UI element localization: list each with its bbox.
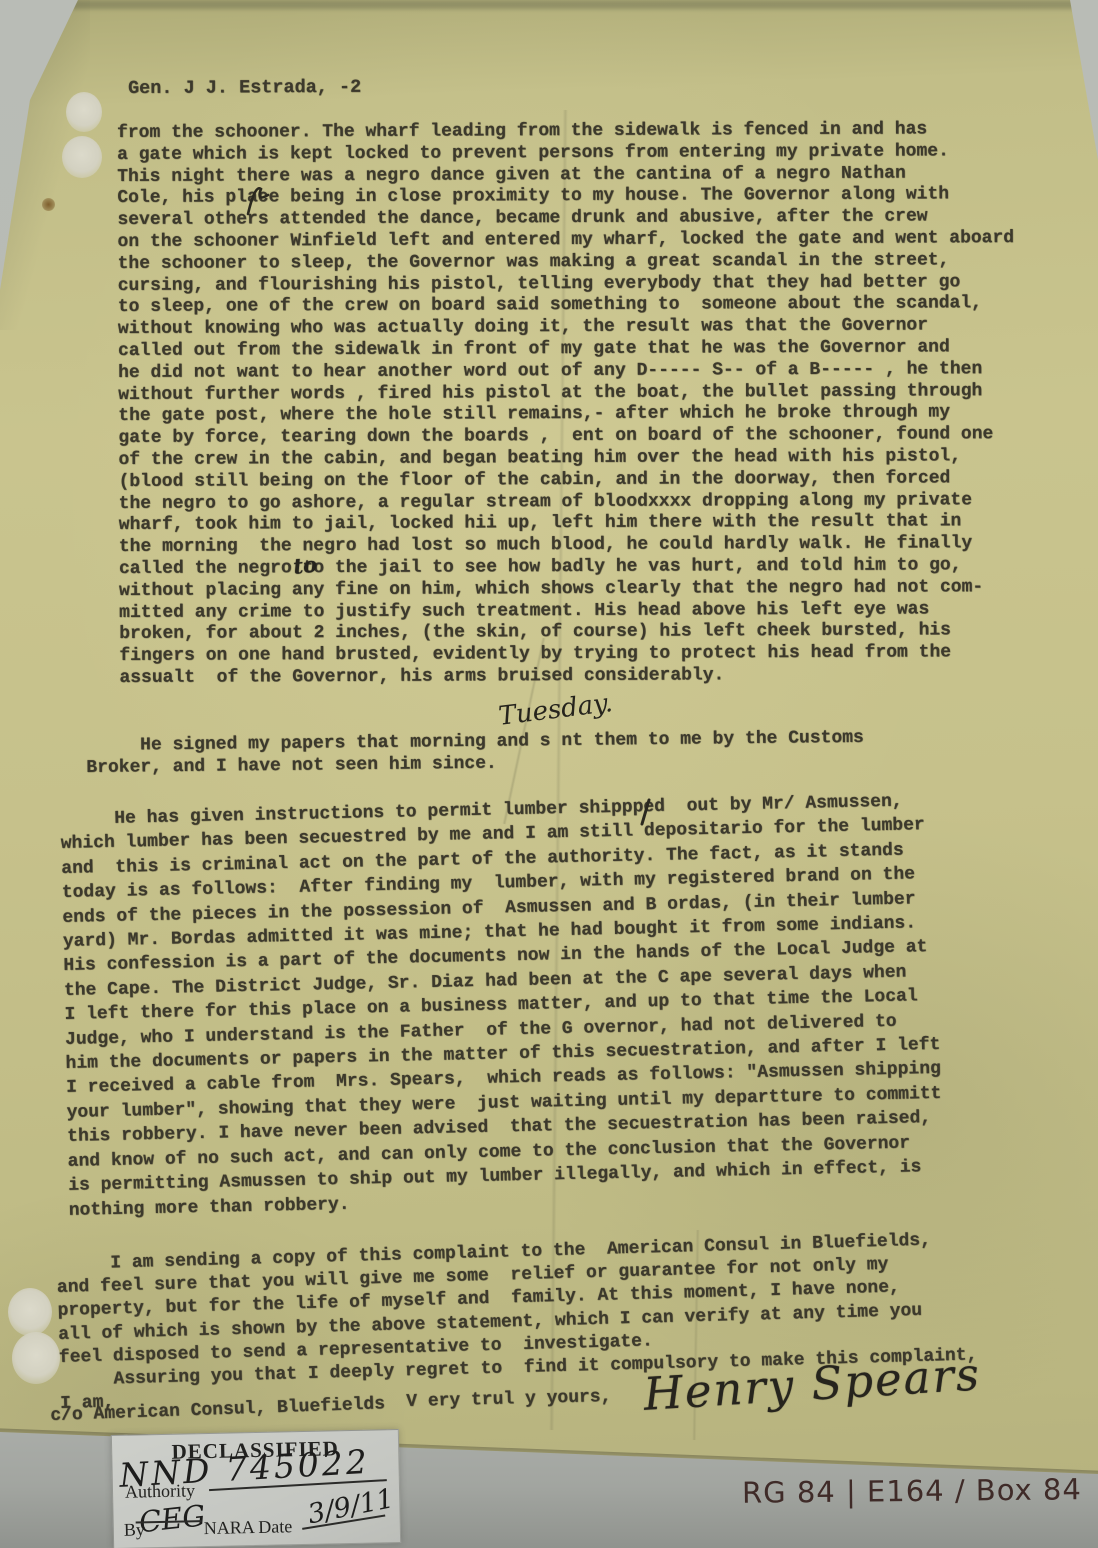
- punch-hole: [62, 136, 102, 178]
- letter-paper: Gen. J J. Estrada, -2 from the schooner.…: [0, 0, 1098, 1548]
- stamp-nara-date-label: NARA Date: [204, 1516, 293, 1539]
- punch-hole: [12, 1332, 60, 1384]
- punch-hole: [8, 1288, 52, 1336]
- handwritten-slash-mark: [638, 798, 654, 826]
- stamp-date-value: 3/9/11: [305, 1483, 396, 1530]
- declassified-stamp: DECLASSIFIED Authority NND 745022 By CEG…: [111, 1429, 401, 1548]
- handwritten-correction-mark: [242, 180, 272, 218]
- page-heading: Gen. J J. Estrada, -2: [128, 77, 361, 99]
- paper-top-shade: [0, 0, 1098, 9]
- typed-line: assualt of the Governor, his arms bruise…: [119, 664, 1016, 690]
- paragraph-3: He has given instructions to permit lumb…: [60, 789, 944, 1223]
- stain-spot: [42, 198, 55, 211]
- stamp-by-value: CEG: [137, 1498, 207, 1539]
- valediction: V ery trul y yours,: [406, 1387, 612, 1412]
- punch-hole: [66, 92, 102, 132]
- handwritten-inserted-word: to: [292, 552, 318, 579]
- scanned-letter-photo: Gen. J J. Estrada, -2 from the schooner.…: [0, 0, 1098, 1548]
- typed-line: fingers on one hand brusted, evidently b…: [119, 642, 1016, 668]
- archive-box-note: RG 84 | E164 / Box 84: [742, 1472, 1082, 1510]
- paragraph-2: He signed my papers that morning and s n…: [86, 727, 864, 779]
